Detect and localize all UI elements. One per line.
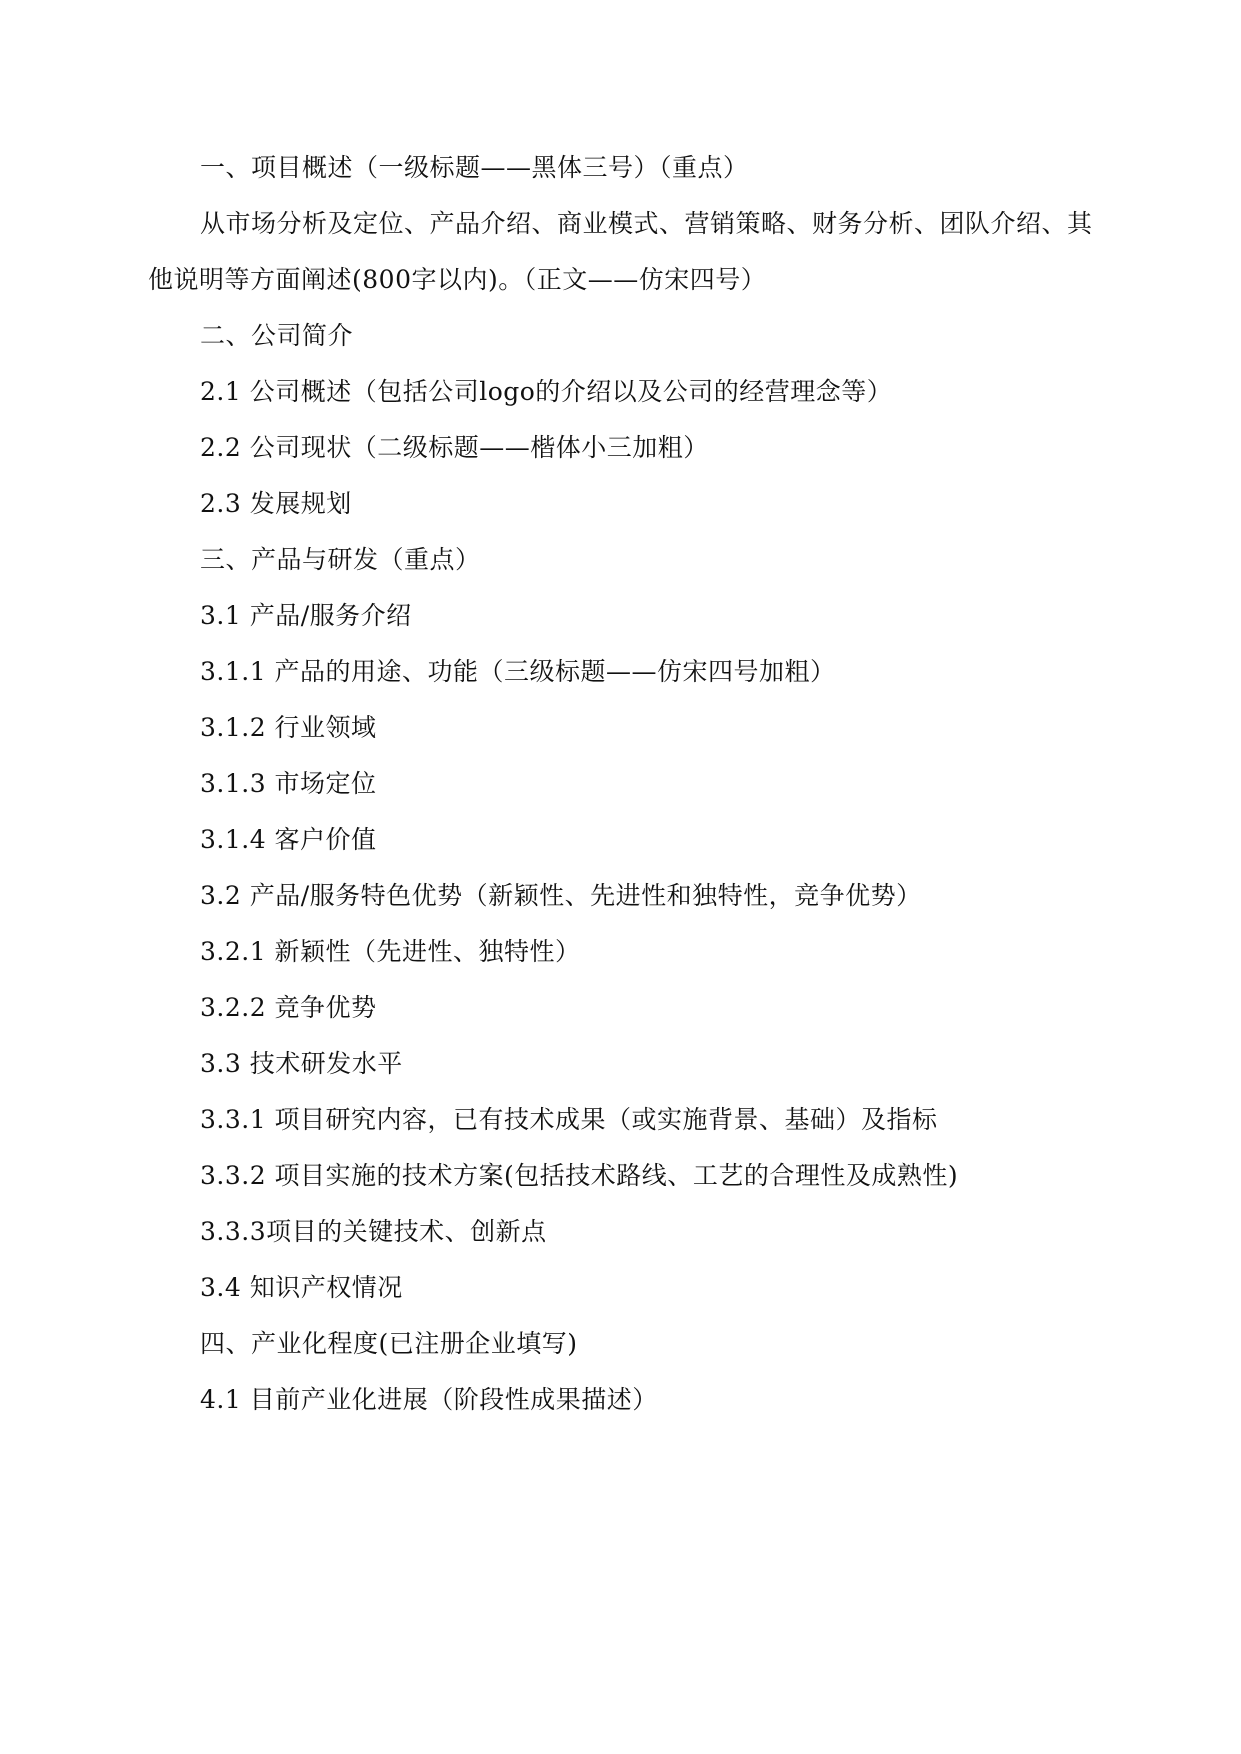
subheading-3-3-1: 3.3.1 项目研究内容，已有技术成果（或实施背景、基础）及指标	[200, 1104, 938, 1136]
heading-product-rd: 三、产品与研发（重点）	[200, 544, 481, 576]
subheading-2-3: 2.3 发展规划	[200, 488, 352, 520]
subheading-3-1: 3.1 产品/服务介绍	[200, 600, 412, 632]
subheading-3-2-1: 3.2.1 新颖性（先进性、独特性）	[200, 936, 581, 968]
subheading-2-1: 2.1 公司概述（包括公司logo的介绍以及公司的经营理念等）	[200, 376, 892, 408]
subheading-3-2-2: 3.2.2 竞争优势	[200, 992, 377, 1024]
subheading-3-3-2: 3.3.2 项目实施的技术方案(包括技术路线、工艺的合理性及成熟性)	[200, 1160, 958, 1192]
document-page: 一、项目概述（一级标题——黑体三号）（重点） 从市场分析及定位、产品介绍、商业模…	[0, 0, 1241, 1754]
subheading-3-3-3: 3.3.3项目的关键技术、创新点	[200, 1216, 547, 1248]
subheading-3-3: 3.3 技术研发水平	[200, 1048, 403, 1080]
subheading-3-1-1: 3.1.1 产品的用途、功能（三级标题——仿宋四号加粗）	[200, 656, 836, 688]
body-paragraph-overview: 从市场分析及定位、产品介绍、商业模式、营销策略、财务分析、团队介绍、其他说明等方…	[148, 196, 1098, 308]
subheading-2-2: 2.2 公司现状（二级标题——楷体小三加粗）	[200, 432, 709, 464]
heading-project-overview: 一、项目概述（一级标题——黑体三号）（重点）	[200, 152, 749, 184]
heading-industrialization: 四、产业化程度(已注册企业填写)	[200, 1328, 578, 1360]
subheading-4-1: 4.1 目前产业化进展（阶段性成果描述）	[200, 1384, 658, 1416]
subheading-3-1-2: 3.1.2 行业领域	[200, 712, 377, 744]
subheading-3-1-3: 3.1.3 市场定位	[200, 768, 377, 800]
subheading-3-1-4: 3.1.4 客户价值	[200, 824, 377, 856]
subheading-3-2: 3.2 产品/服务特色优势（新颖性、先进性和独特性，竞争优势）	[200, 880, 922, 912]
subheading-3-4: 3.4 知识产权情况	[200, 1272, 403, 1304]
heading-company-intro: 二、公司简介	[200, 320, 353, 352]
